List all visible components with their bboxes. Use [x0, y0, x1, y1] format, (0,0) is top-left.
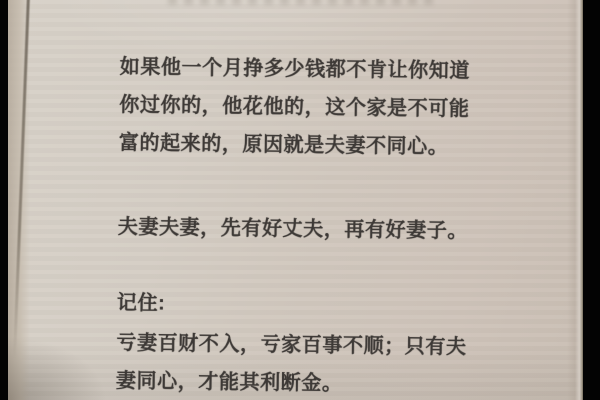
letterbox-right	[583, 0, 600, 400]
text-line: 如果他一个月挣多少钱都不肯让你知道	[120, 48, 512, 91]
cropped-text-remnant	[168, 0, 438, 5]
page-text: 如果他一个月挣多少钱都不肯让你知道 你过你的，他花他的，这个家是不可能 富的起来…	[116, 48, 512, 400]
text-line: 亏妻百财不入，亏家百事不顺；只有夫	[116, 324, 508, 367]
page-right-edge	[567, 0, 583, 400]
text-line: 你过你的，他花他的，这个家是不可能	[119, 86, 511, 129]
paragraph-2: 夫妻夫妻，先有好丈夫，再有好妻子。	[118, 208, 510, 251]
letterbox-left	[0, 0, 8, 400]
text-line: 富的起来的，原因就是夫妻不同心。	[119, 124, 511, 167]
text-line: 夫妻夫妻，先有好丈夫，再有好妻子。	[118, 208, 510, 251]
paragraph-1: 如果他一个月挣多少钱都不肯让你知道 你过你的，他花他的，这个家是不可能 富的起来…	[119, 48, 512, 167]
photo-viewer: 如果他一个月挣多少钱都不肯让你知道 你过你的，他花他的，这个家是不可能 富的起来…	[0, 0, 600, 400]
text-line: 记住:	[117, 284, 509, 327]
text-line: 妻同心，才能其利断金。	[116, 362, 508, 400]
paragraph-4: 亏妻百财不入，亏家百事不顺；只有夫 妻同心，才能其利断金。	[116, 324, 509, 400]
book-page-photo: 如果他一个月挣多少钱都不肯让你知道 你过你的，他花他的，这个家是不可能 富的起来…	[8, 0, 583, 400]
paragraph-3-heading: 记住:	[117, 284, 509, 327]
